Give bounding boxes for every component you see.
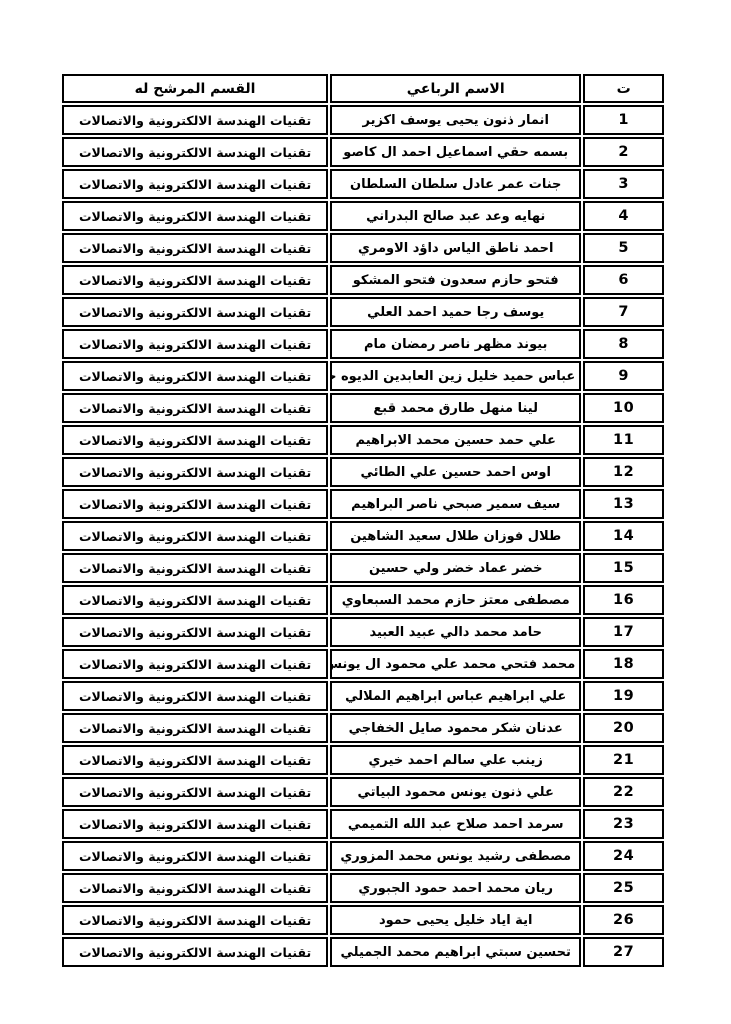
- full-name-cell: زينب علي سالم احمد خيري: [330, 745, 581, 775]
- full-name-cell: بسمه حقي اسماعيل احمد ال كاصو: [330, 137, 581, 167]
- department-cell: تقنيات الهندسة الالكترونية والاتصالات: [62, 873, 328, 903]
- row-number-cell: 2: [583, 137, 664, 167]
- row-number-cell: 12: [583, 457, 664, 487]
- department-cell: تقنيات الهندسة الالكترونية والاتصالات: [62, 105, 328, 135]
- full-name-cell: مصطفى رشيد يونس محمد المزوري: [330, 841, 581, 871]
- department-cell: تقنيات الهندسة الالكترونية والاتصالات: [62, 745, 328, 775]
- table-row: 22علي ذنون يونس محمود البياتيتقنيات الهن…: [62, 777, 664, 807]
- row-number-cell: 16: [583, 585, 664, 615]
- department-cell: تقنيات الهندسة الالكترونية والاتصالات: [62, 297, 328, 327]
- row-number-cell: 26: [583, 905, 664, 935]
- row-number-cell: 6: [583, 265, 664, 295]
- row-number-cell: 17: [583, 617, 664, 647]
- row-number-cell: 23: [583, 809, 664, 839]
- department-cell: تقنيات الهندسة الالكترونية والاتصالات: [62, 777, 328, 807]
- row-number-cell: 11: [583, 425, 664, 455]
- row-number-cell: 27: [583, 937, 664, 967]
- table-row: 3جنات عمر عادل سلطان السلطانتقنيات الهند…: [62, 169, 664, 199]
- department-cell: تقنيات الهندسة الالكترونية والاتصالات: [62, 937, 328, 967]
- table-row: 23سرمد احمد صلاح عبد الله التميميتقنيات …: [62, 809, 664, 839]
- department-cell: تقنيات الهندسة الالكترونية والاتصالات: [62, 201, 328, 231]
- full-name-cell: احمد ناطق الياس داؤد الاومري: [330, 233, 581, 263]
- full-name-cell: مصطفى معتز حازم محمد السبعاوي: [330, 585, 581, 615]
- row-number-cell: 22: [583, 777, 664, 807]
- table-row: 1انمار ذنون يحيى يوسف اكزيرتقنيات الهندس…: [62, 105, 664, 135]
- row-number-cell: 21: [583, 745, 664, 775]
- row-number-cell: 15: [583, 553, 664, 583]
- row-number-cell: 3: [583, 169, 664, 199]
- row-number-cell: 5: [583, 233, 664, 263]
- table-row: 8بيوند مظهر ناصر رمضان مامتقنيات الهندسة…: [62, 329, 664, 359]
- scanned-document-page: ت الاسم الرباعي القسم المرشح له 1انمار ذ…: [0, 0, 731, 1024]
- header-index: ت: [583, 74, 664, 103]
- full-name-cell: بيوند مظهر ناصر رمضان مام: [330, 329, 581, 359]
- full-name-cell: انمار ذنون يحيى يوسف اكزير: [330, 105, 581, 135]
- row-number-cell: 9: [583, 361, 664, 391]
- row-number-cell: 1: [583, 105, 664, 135]
- row-number-cell: 20: [583, 713, 664, 743]
- department-cell: تقنيات الهندسة الالكترونية والاتصالات: [62, 329, 328, 359]
- row-number-cell: 24: [583, 841, 664, 871]
- department-cell: تقنيات الهندسة الالكترونية والاتصالات: [62, 457, 328, 487]
- row-number-cell: 10: [583, 393, 664, 423]
- table-row: 19علي ابراهيم عباس ابراهيم الملاليتقنيات…: [62, 681, 664, 711]
- row-number-cell: 19: [583, 681, 664, 711]
- department-cell: تقنيات الهندسة الالكترونية والاتصالات: [62, 617, 328, 647]
- table-row: 27تحسين سبتي ابراهيم محمد الجميليتقنيات …: [62, 937, 664, 967]
- department-cell: تقنيات الهندسة الالكترونية والاتصالات: [62, 841, 328, 871]
- table-row: 26اية اياد خليل يحيى حمودتقنيات الهندسة …: [62, 905, 664, 935]
- department-cell: تقنيات الهندسة الالكترونية والاتصالات: [62, 393, 328, 423]
- department-cell: تقنيات الهندسة الالكترونية والاتصالات: [62, 265, 328, 295]
- table-row: 12اوس احمد حسين علي الطائيتقنيات الهندسة…: [62, 457, 664, 487]
- department-cell: تقنيات الهندسة الالكترونية والاتصالات: [62, 489, 328, 519]
- full-name-cell: ريان محمد احمد حمود الجبوري: [330, 873, 581, 903]
- row-number-cell: 18: [583, 649, 664, 679]
- table-row: 14طلال فوزان طلال سعيد الشاهينتقنيات اله…: [62, 521, 664, 551]
- full-name-cell: محمد فتحي محمد علي محمود ال يونس: [330, 649, 581, 679]
- table-row: 21زينب علي سالم احمد خيريتقنيات الهندسة …: [62, 745, 664, 775]
- candidates-table: ت الاسم الرباعي القسم المرشح له 1انمار ذ…: [60, 72, 666, 969]
- row-number-cell: 4: [583, 201, 664, 231]
- department-cell: تقنيات الهندسة الالكترونية والاتصالات: [62, 361, 328, 391]
- full-name-cell: سيف سمير صبحي ناصر البراهيم: [330, 489, 581, 519]
- table-row: 25ريان محمد احمد حمود الجبوريتقنيات الهن…: [62, 873, 664, 903]
- full-name-cell: عدنان شكر محمود صايل الخفاجي: [330, 713, 581, 743]
- full-name-cell: خضر عماد خضر ولي حسين: [330, 553, 581, 583]
- full-name-cell: طلال فوزان طلال سعيد الشاهين: [330, 521, 581, 551]
- full-name-cell: اوس احمد حسين علي الطائي: [330, 457, 581, 487]
- department-cell: تقنيات الهندسة الالكترونية والاتصالات: [62, 425, 328, 455]
- table-row: 16مصطفى معتز حازم محمد السبعاويتقنيات ال…: [62, 585, 664, 615]
- table-row: 18محمد فتحي محمد علي محمود ال يونستقنيات…: [62, 649, 664, 679]
- department-cell: تقنيات الهندسة الالكترونية والاتصالات: [62, 713, 328, 743]
- full-name-cell: لينا منهل طارق محمد قبع: [330, 393, 581, 423]
- table-row: 5احمد ناطق الياس داؤد الاومريتقنيات الهن…: [62, 233, 664, 263]
- row-number-cell: 13: [583, 489, 664, 519]
- full-name-cell: عباس حميد خليل زين العابدين الديوه جي: [330, 361, 581, 391]
- header-full-name: الاسم الرباعي: [330, 74, 581, 103]
- full-name-cell: تحسين سبتي ابراهيم محمد الجميلي: [330, 937, 581, 967]
- full-name-cell: جنات عمر عادل سلطان السلطان: [330, 169, 581, 199]
- full-name-cell: علي ذنون يونس محمود البياتي: [330, 777, 581, 807]
- table-row: 9عباس حميد خليل زين العابدين الديوه جيتق…: [62, 361, 664, 391]
- header-department: القسم المرشح له: [62, 74, 328, 103]
- department-cell: تقنيات الهندسة الالكترونية والاتصالات: [62, 585, 328, 615]
- full-name-cell: علي ابراهيم عباس ابراهيم الملالي: [330, 681, 581, 711]
- full-name-cell: علي حمد حسين محمد الابراهيم: [330, 425, 581, 455]
- row-number-cell: 25: [583, 873, 664, 903]
- table-row: 10لينا منهل طارق محمد قبعتقنيات الهندسة …: [62, 393, 664, 423]
- department-cell: تقنيات الهندسة الالكترونية والاتصالات: [62, 809, 328, 839]
- department-cell: تقنيات الهندسة الالكترونية والاتصالات: [62, 553, 328, 583]
- roster-table-body: 1انمار ذنون يحيى يوسف اكزيرتقنيات الهندس…: [62, 105, 664, 967]
- full-name-cell: اية اياد خليل يحيى حمود: [330, 905, 581, 935]
- department-cell: تقنيات الهندسة الالكترونية والاتصالات: [62, 649, 328, 679]
- table-row: 2بسمه حقي اسماعيل احمد ال كاصوتقنيات اله…: [62, 137, 664, 167]
- table-row: 24مصطفى رشيد يونس محمد المزوريتقنيات اله…: [62, 841, 664, 871]
- full-name-cell: سرمد احمد صلاح عبد الله التميمي: [330, 809, 581, 839]
- table-row: 15خضر عماد خضر ولي حسينتقنيات الهندسة ال…: [62, 553, 664, 583]
- department-cell: تقنيات الهندسة الالكترونية والاتصالات: [62, 905, 328, 935]
- row-number-cell: 8: [583, 329, 664, 359]
- department-cell: تقنيات الهندسة الالكترونية والاتصالات: [62, 681, 328, 711]
- full-name-cell: حامد محمد دالي عبيد العبيد: [330, 617, 581, 647]
- department-cell: تقنيات الهندسة الالكترونية والاتصالات: [62, 521, 328, 551]
- table-row: 11علي حمد حسين محمد الابراهيمتقنيات الهن…: [62, 425, 664, 455]
- table-header: ت الاسم الرباعي القسم المرشح له: [62, 74, 664, 103]
- department-cell: تقنيات الهندسة الالكترونية والاتصالات: [62, 137, 328, 167]
- full-name-cell: فتحو حازم سعدون فتحو المشكو: [330, 265, 581, 295]
- table-row: 6فتحو حازم سعدون فتحو المشكوتقنيات الهند…: [62, 265, 664, 295]
- table-row: 4نهايه وعد عبد صالح البدرانيتقنيات الهند…: [62, 201, 664, 231]
- table-row: 7يوسف رجا حميد احمد العليتقنيات الهندسة …: [62, 297, 664, 327]
- table-row: 20عدنان شكر محمود صايل الخفاجيتقنيات اله…: [62, 713, 664, 743]
- table-row: 13سيف سمير صبحي ناصر البراهيمتقنيات الهن…: [62, 489, 664, 519]
- full-name-cell: نهايه وعد عبد صالح البدراني: [330, 201, 581, 231]
- header-row: ت الاسم الرباعي القسم المرشح له: [62, 74, 664, 103]
- department-cell: تقنيات الهندسة الالكترونية والاتصالات: [62, 169, 328, 199]
- department-cell: تقنيات الهندسة الالكترونية والاتصالات: [62, 233, 328, 263]
- row-number-cell: 14: [583, 521, 664, 551]
- table-row: 17حامد محمد دالي عبيد العبيدتقنيات الهند…: [62, 617, 664, 647]
- row-number-cell: 7: [583, 297, 664, 327]
- full-name-cell: يوسف رجا حميد احمد العلي: [330, 297, 581, 327]
